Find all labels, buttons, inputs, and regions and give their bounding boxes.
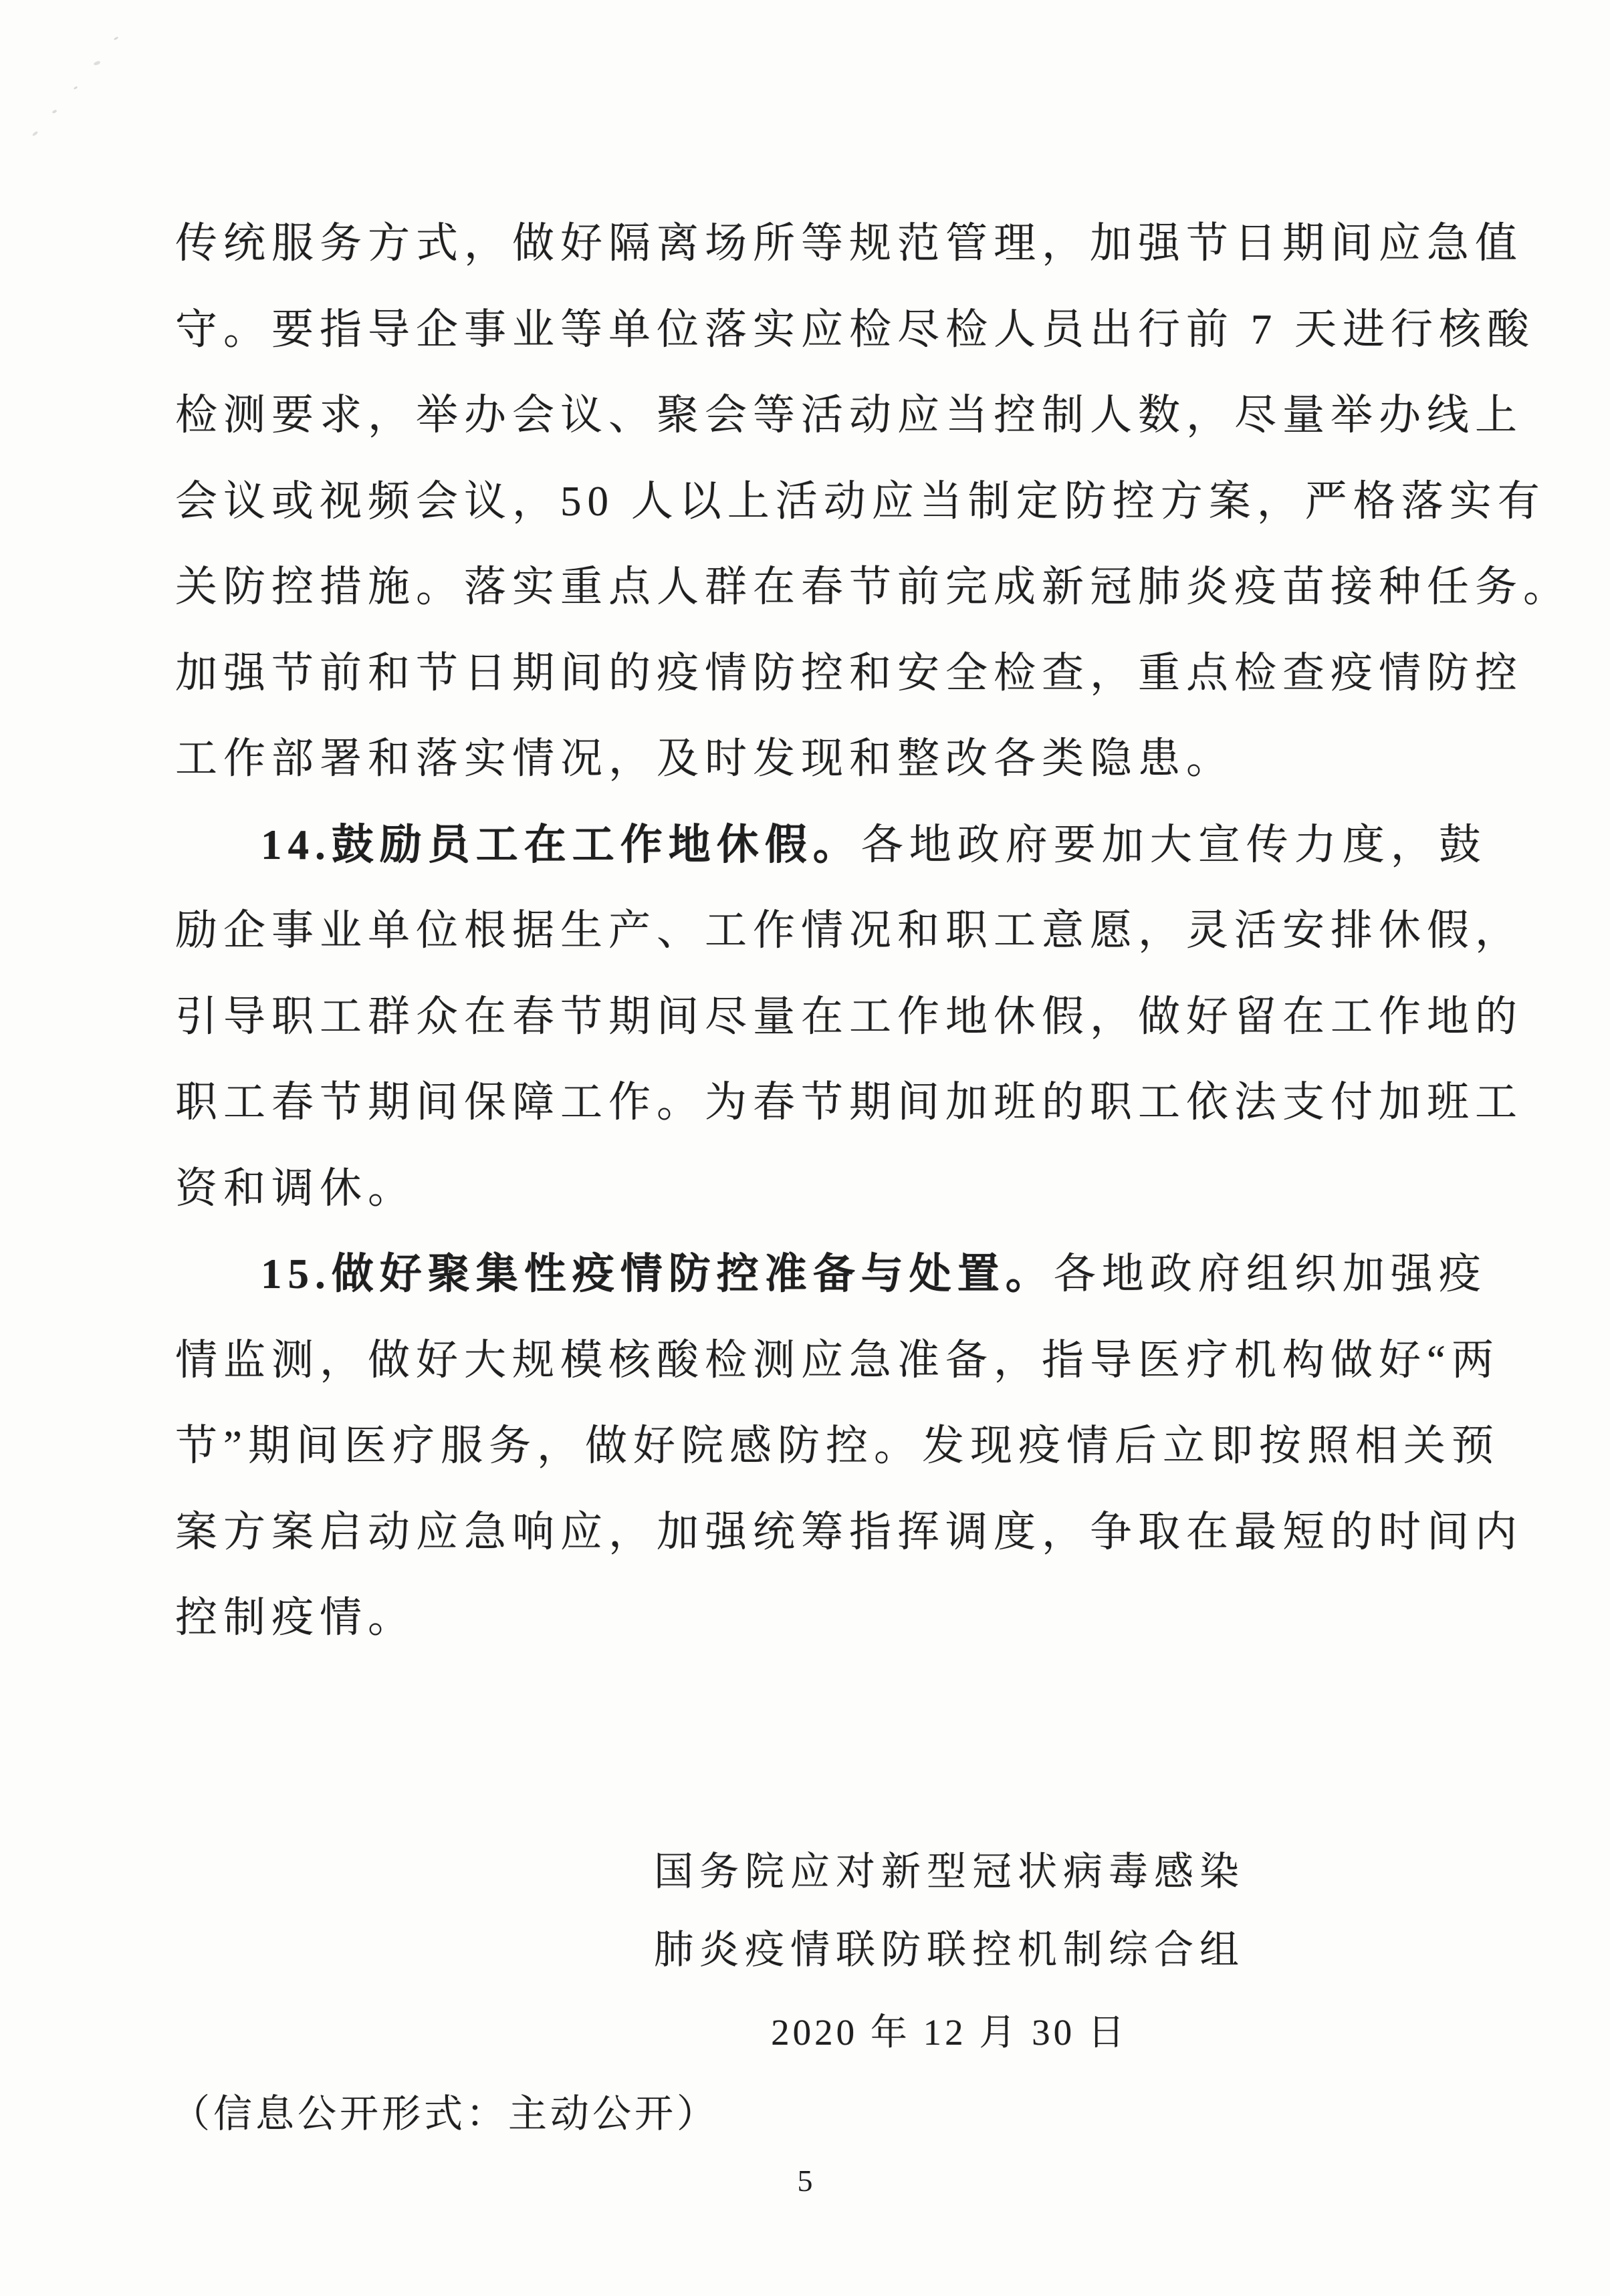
paragraph-15-heading: 15.做好聚集性疫情防控准备与处置。 xyxy=(261,1251,1054,1297)
body-line: 14.鼓励员工在工作地休假。各地政府要加大宣传力度，鼓 xyxy=(175,802,1436,888)
body-line: 情监测，做好大规模核酸检测应急准备，指导医疗机构做好“两 xyxy=(175,1317,1436,1404)
paragraph-14-heading: 14.鼓励员工在工作地休假。 xyxy=(261,821,861,868)
body-line: 15.做好聚集性疫情防控准备与处置。各地政府组织加强疫 xyxy=(175,1231,1436,1317)
body-line: 资和调休。 xyxy=(175,1146,1436,1232)
body-line: 励企事业单位根据生产、工作情况和职工意愿，灵活安排休假， xyxy=(175,888,1436,974)
document-page: { "page": { "background": "#fdfdfc", "te… xyxy=(0,0,1610,2296)
body-line-text: 各地政府组织加强疫 xyxy=(1054,1251,1487,1297)
body-line: 会议或视频会议，50 人以上活动应当制定防控方案，严格落实有 xyxy=(175,459,1436,545)
body-line: 职工春节期间保障工作。为春节期间加班的职工依法支付加班工 xyxy=(175,1059,1436,1146)
scan-speck xyxy=(93,61,100,66)
body-line: 传统服务方式，做好隔离场所等规范管理，加强节日期间应急值 xyxy=(175,201,1436,287)
body-line: 加强节前和节日期间的疫情防控和安全检查，重点检查疫情防控 xyxy=(175,630,1436,717)
body-line: 检测要求，举办会议、聚会等活动应当控制人数，尽量举办线上 xyxy=(175,372,1436,459)
body-line-text: 各地政府要加大宣传力度，鼓 xyxy=(861,821,1487,868)
body-line: 节”期间医疗服务，做好院感防控。发现疫情后立即按照相关预 xyxy=(175,1403,1436,1489)
signature-org-line-1: 国务院应对新型冠状病毒感染 xyxy=(639,1833,1260,1911)
body-line: 案方案启动应急响应，加强统筹指挥调度，争取在最短的时间内 xyxy=(175,1489,1436,1575)
scan-speck xyxy=(51,110,57,114)
document-body-text: 传统服务方式，做好隔离场所等规范管理，加强节日期间应急值 守。要指导企事业等单位… xyxy=(175,201,1436,1661)
body-line: 控制疫情。 xyxy=(175,1575,1436,1661)
body-line: 关防控措施。落实重点人群在春节前完成新冠肺炎疫苗接种任务。 xyxy=(175,544,1436,630)
page-number: 5 xyxy=(0,2163,1610,2198)
signature-block: 国务院应对新型冠状病毒感染 肺炎疫情联防联控机制综合组 2020 年 12 月 … xyxy=(639,1833,1260,2071)
scan-speck xyxy=(32,131,39,136)
body-line: 工作部署和落实情况，及时发现和整改各类隐患。 xyxy=(175,716,1436,802)
disclosure-note: （信息公开形式：主动公开） xyxy=(171,2084,719,2144)
signature-date: 2020 年 12 月 30 日 xyxy=(639,1989,1260,2071)
body-line: 引导职工群众在春节期间尽量在工作地休假，做好留在工作地的 xyxy=(175,974,1436,1060)
scan-speck xyxy=(114,37,119,41)
body-line: 守。要指导企事业等单位落实应检尽检人员出行前 7 天进行核酸 xyxy=(175,287,1436,373)
scan-speck xyxy=(74,86,78,90)
signature-org-line-2: 肺炎疫情联防联控机制综合组 xyxy=(639,1911,1260,1989)
